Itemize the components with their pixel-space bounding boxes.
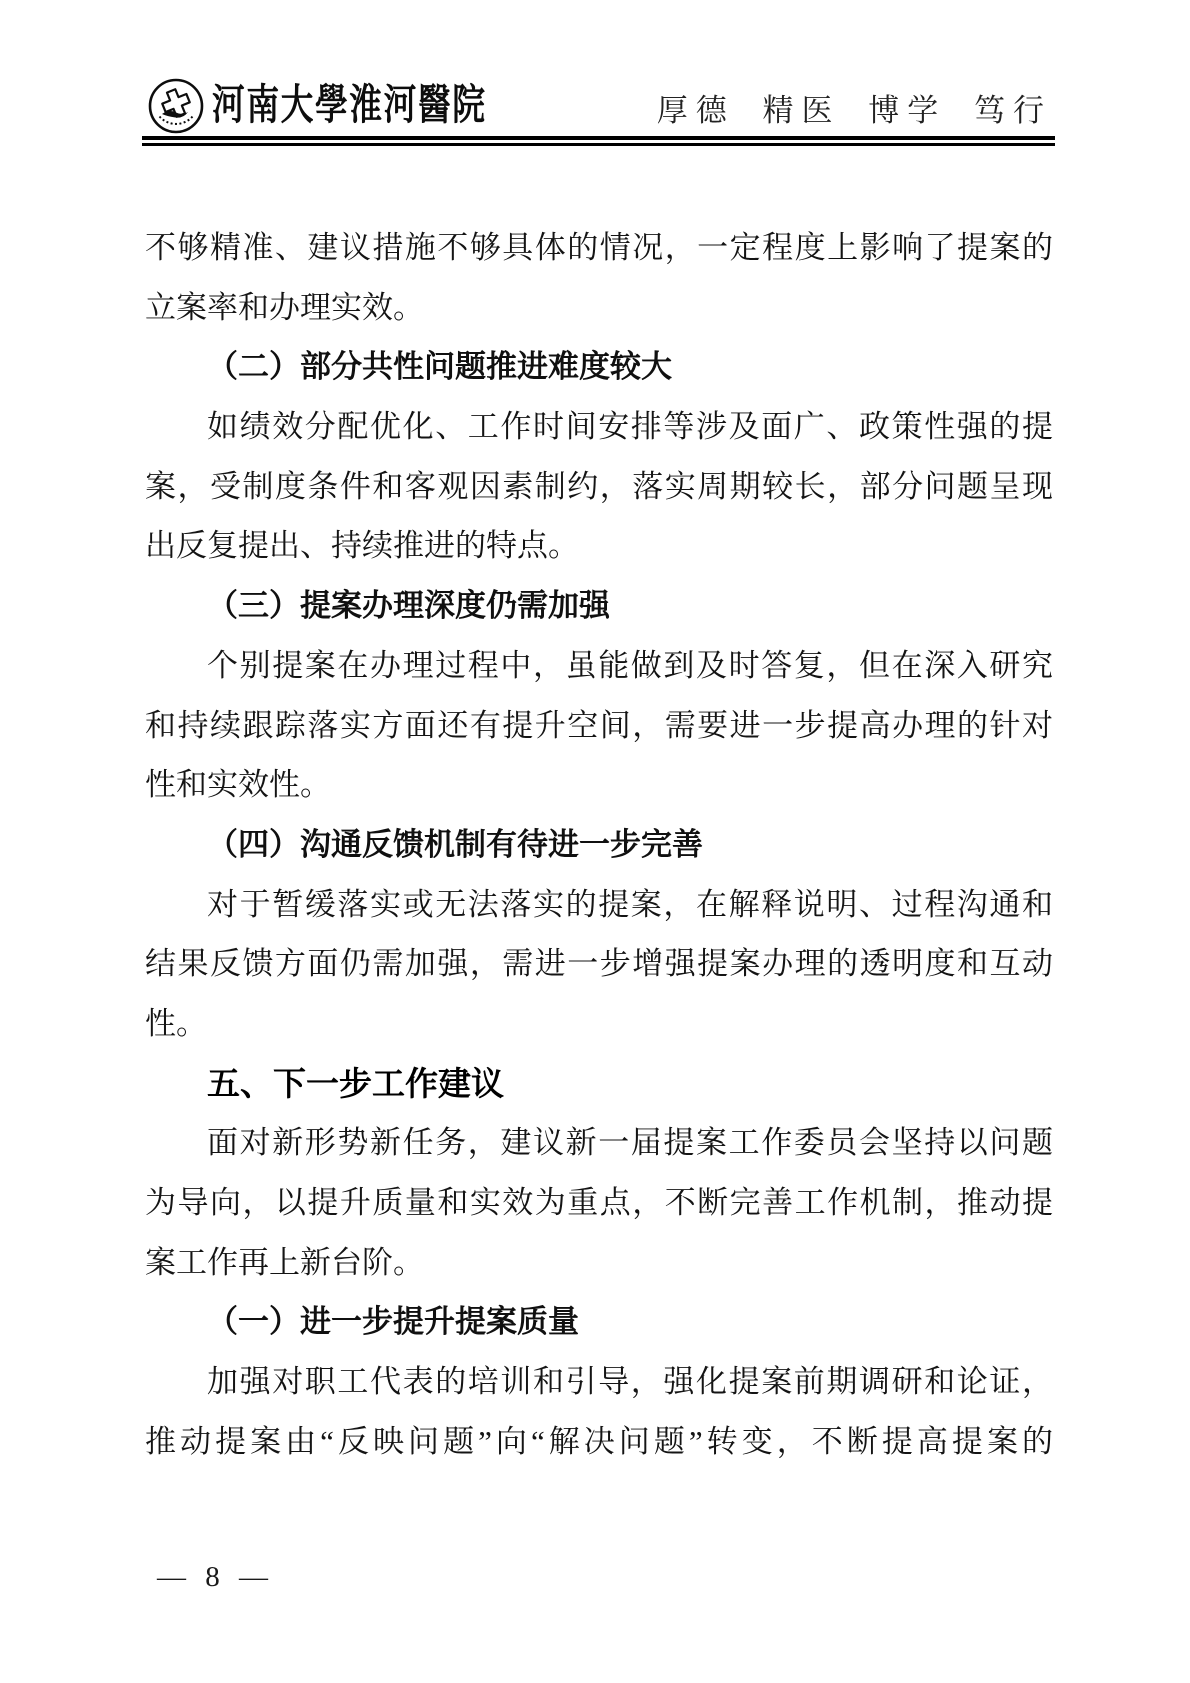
text-line: 案工作再上新台阶。: [145, 1233, 1053, 1293]
subheading-line: （二）部分共性问题推进难度较大: [145, 337, 1053, 397]
page-header: 河南大學淮河醫院 厚德 精医 博学 笃行: [0, 0, 1190, 150]
document-body: 不够精准、建议措施不够具体的情况，一定程度上影响了提案的立案率和办理实效。（二）…: [145, 218, 1053, 1471]
text-line: 性。: [145, 994, 1053, 1054]
text-line: 立案率和办理实效。: [145, 278, 1053, 338]
subheading-line: （一）进一步提升提案质量: [145, 1292, 1053, 1352]
text-line: 对于暂缓落实或无法落实的提案，在解释说明、过程沟通和: [145, 875, 1053, 935]
text-line: 个别提案在办理过程中，虽能做到及时答复，但在深入研究: [145, 636, 1053, 696]
text-line: 案，受制度条件和客观因素制约，落实周期较长，部分问题呈现: [145, 457, 1053, 517]
text-line: 加强对职工代表的培训和引导，强化提案前期调研和论证，: [145, 1352, 1053, 1412]
text-line: 推动提案由“反映问题”向“解决问题”转变，不断提高提案的: [145, 1412, 1053, 1472]
text-line: 出反复提出、持续推进的特点。: [145, 516, 1053, 576]
page-number: — 8 —: [157, 1556, 274, 1598]
section-heading-line: 五、下一步工作建议: [145, 1054, 1053, 1114]
text-line: 面对新形势新任务，建议新一届提案工作委员会坚持以问题: [145, 1113, 1053, 1173]
subheading-line: （四）沟通反馈机制有待进一步完善: [145, 815, 1053, 875]
hospital-motto: 厚德 精医 博学 笃行: [657, 88, 1052, 134]
text-line: 如绩效分配优化、工作时间安排等涉及面广、政策性强的提: [145, 397, 1053, 457]
hospital-logo-icon: [147, 77, 205, 135]
text-line: 结果反馈方面仍需加强，需进一步增强提案办理的透明度和互动: [145, 934, 1053, 994]
text-line: 不够精准、建议措施不够具体的情况，一定程度上影响了提案的: [145, 218, 1053, 278]
subheading-line: （三）提案办理深度仍需加强: [145, 576, 1053, 636]
text-line: 性和实效性。: [145, 755, 1053, 815]
document-page: 河南大學淮河醫院 厚德 精医 博学 笃行 不够精准、建议措施不够具体的情况，一定…: [0, 0, 1190, 1683]
header-double-rule: [142, 136, 1055, 146]
text-line: 为导向，以提升质量和实效为重点，不断完善工作机制，推动提: [145, 1173, 1053, 1233]
hospital-name-calligraphy: 河南大學淮河醫院: [212, 78, 487, 134]
text-line: 和持续跟踪落实方面还有提升空间，需要进一步提高办理的针对: [145, 696, 1053, 756]
